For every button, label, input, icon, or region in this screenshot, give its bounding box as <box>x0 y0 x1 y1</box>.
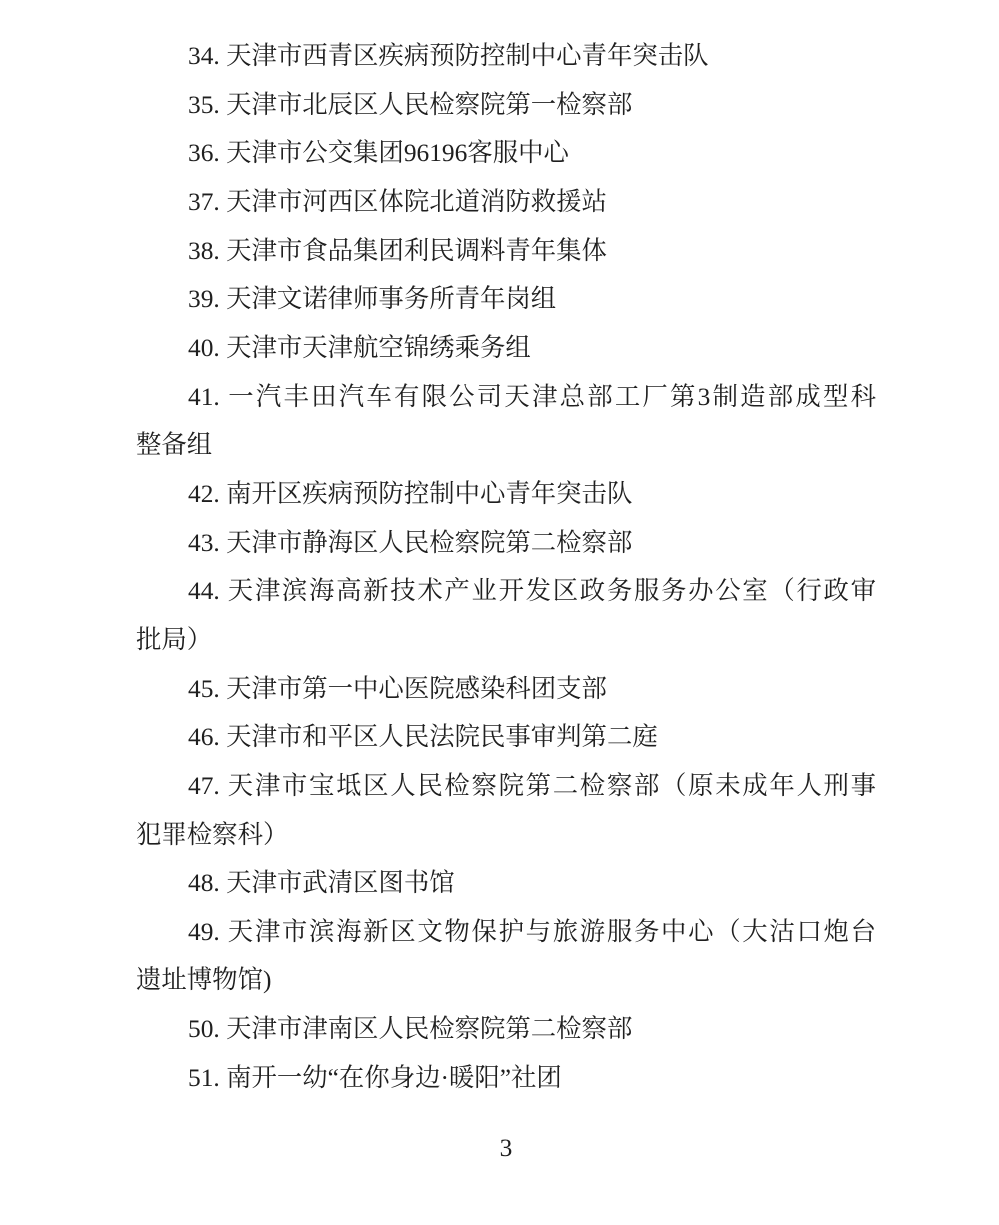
text-line: 44. 天津滨海高新技术产业开发区政务服务办公室（行政审 <box>136 567 876 616</box>
text-line: 36. 天津市公交集团96196客服中心 <box>136 129 876 178</box>
text-line: 47. 天津市宝坻区人民检察院第二检察部（原未成年人刑事 <box>136 762 876 811</box>
text-line: 37. 天津市河西区体院北道消防救援站 <box>136 178 876 227</box>
text-line: 38. 天津市食品集团利民调料青年集体 <box>136 227 876 276</box>
text-line: 48. 天津市武清区图书馆 <box>136 859 876 908</box>
text-line: 34. 天津市西青区疾病预防控制中心青年突击队 <box>136 32 876 81</box>
text-line: 45. 天津市第一中心医院感染科团支部 <box>136 665 876 714</box>
document-body: 34. 天津市西青区疾病预防控制中心青年突击队35. 天津市北辰区人民检察院第一… <box>136 32 876 1102</box>
text-line: 42. 南开区疾病预防控制中心青年突击队 <box>136 470 876 519</box>
text-line: 49. 天津市滨海新区文物保护与旅游服务中心（大沽口炮台 <box>136 908 876 957</box>
text-line: 43. 天津市静海区人民检察院第二检察部 <box>136 519 876 568</box>
text-line: 批局） <box>136 616 876 665</box>
text-line: 犯罪检察科） <box>136 811 876 860</box>
text-line: 遗址博物馆) <box>136 956 876 1005</box>
text-line: 39. 天津文诺律师事务所青年岗组 <box>136 275 876 324</box>
text-line: 51. 南开一幼“在你身边·暖阳”社团 <box>136 1054 876 1103</box>
text-line: 46. 天津市和平区人民法院民事审判第二庭 <box>136 713 876 762</box>
page-number: 3 <box>136 1124 876 1173</box>
text-line: 41. 一汽丰田汽车有限公司天津总部工厂第3制造部成型科 <box>136 373 876 422</box>
text-line: 35. 天津市北辰区人民检察院第一检察部 <box>136 81 876 130</box>
text-line: 40. 天津市天津航空锦绣乘务组 <box>136 324 876 373</box>
text-line: 50. 天津市津南区人民检察院第二检察部 <box>136 1005 876 1054</box>
text-line: 整备组 <box>136 421 876 470</box>
document-page: 34. 天津市西青区疾病预防控制中心青年突击队35. 天津市北辰区人民检察院第一… <box>0 0 999 1225</box>
